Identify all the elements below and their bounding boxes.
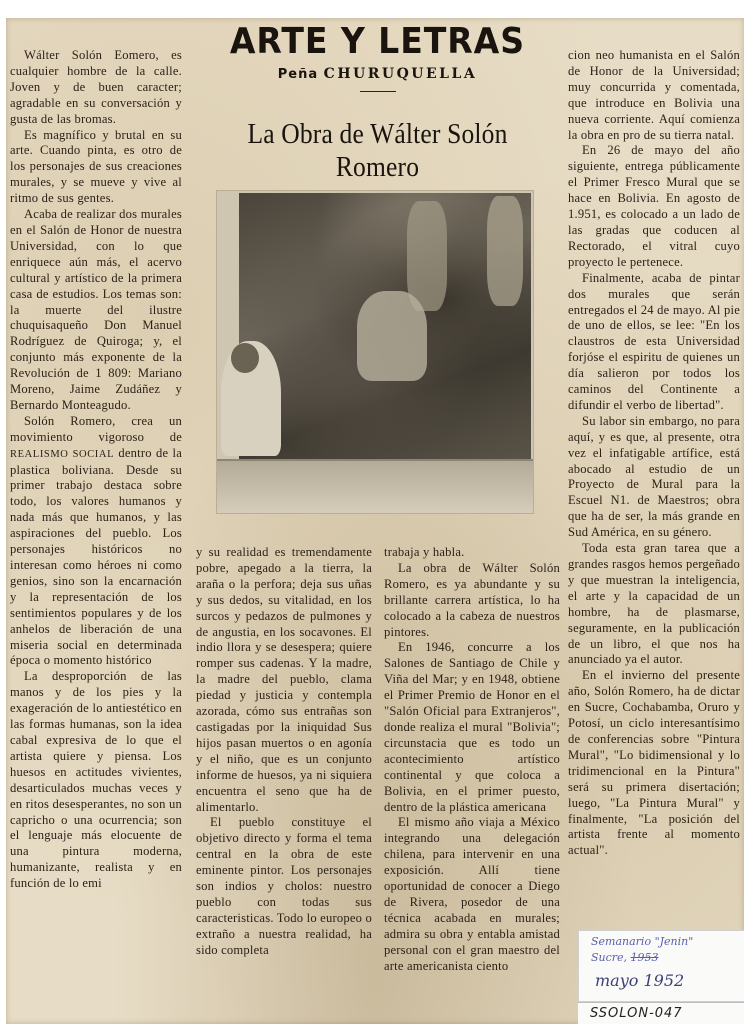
archive-reference-label: SSOLON-047 <box>578 1002 744 1024</box>
mural-figure <box>407 201 447 311</box>
source-city: Sucre, <box>591 951 627 964</box>
paragraph: La obra de Wálter Solón Romero, es ya ab… <box>384 561 560 641</box>
source-publication: Semanario "Jenin" <box>591 935 693 948</box>
wall-base <box>217 459 533 513</box>
boy-head <box>231 343 259 373</box>
column-right: cion neo humanista en el Salón de Honor … <box>568 48 740 859</box>
paragraph: Toda esta gran tarea que a grandes rasgo… <box>568 541 740 668</box>
masthead: ARTE Y LETRAS Peña CHURUQUELLA <box>190 22 565 92</box>
column-left: Wálter Solón Eomero, es cualquier hombre… <box>10 48 182 892</box>
mural-photo <box>216 190 534 514</box>
paragraph: cion neo humanista en el Salón de Honor … <box>568 48 740 143</box>
divider <box>360 91 396 92</box>
paragraph: Solón Romero, crea un movimiento vigoros… <box>10 414 182 670</box>
paragraph: En 1946, concurre a los Salones de Santi… <box>384 640 560 815</box>
handwritten-source-label: Semanario "Jenin" Sucre, 1953 mayo 1952 <box>578 930 744 1002</box>
column-middle-2: trabaja y habla. La obra de Wálter Solón… <box>384 545 560 974</box>
subtitle-prefix: Peña <box>278 67 318 82</box>
struck-year: 1953 <box>631 951 659 964</box>
subtitle-brand: CHURUQUELLA <box>324 66 478 82</box>
emphasis-text: REALISMO SOCIAL <box>10 449 114 460</box>
paragraph: y su realidad es tremendamente pobre, ap… <box>196 545 372 815</box>
paragraph: trabaja y habla. <box>384 545 560 561</box>
mural-figure <box>357 291 427 381</box>
paragraph: Su labor sin embargo, no para aquí, y es… <box>568 414 740 541</box>
paragraph: En 26 de mayo del año siguiente, entrega… <box>568 143 740 270</box>
paragraph: Es magnífico y brutal en su arte. Cuando… <box>10 128 182 208</box>
paragraph: En el invierno del presente año, Solón R… <box>568 668 740 859</box>
column-middle-1: y su realidad es tremendamente pobre, ap… <box>196 545 372 959</box>
paragraph: Wálter Solón Eomero, es cualquier hombre… <box>10 48 182 128</box>
article-headline: La Obra de Wálter Solón Romero <box>213 118 543 184</box>
paragraph: La desproporción de las manos y de los p… <box>10 669 182 892</box>
source-place: Sucre, 1953 <box>591 951 659 964</box>
mural-figure <box>487 196 523 306</box>
paragraph: El mismo año viaja a México integrando u… <box>384 815 560 974</box>
archive-reference: SSOLON-047 <box>590 1006 683 1021</box>
text: dentro de la plastica boliviana. Desde s… <box>10 446 182 668</box>
paragraph: El pueblo constituye el objetivo directo… <box>196 815 372 958</box>
section-subtitle: Peña CHURUQUELLA <box>190 66 565 82</box>
source-date: mayo 1952 <box>595 971 684 990</box>
paragraph: Finalmente, acaba de pintar dos murales … <box>568 271 740 414</box>
section-title: ARTE Y LETRAS <box>230 22 525 62</box>
text: Solón Romero, crea un movimiento vigoros… <box>10 414 182 444</box>
paragraph: Acaba de realizar dos murales en el Saló… <box>10 207 182 414</box>
